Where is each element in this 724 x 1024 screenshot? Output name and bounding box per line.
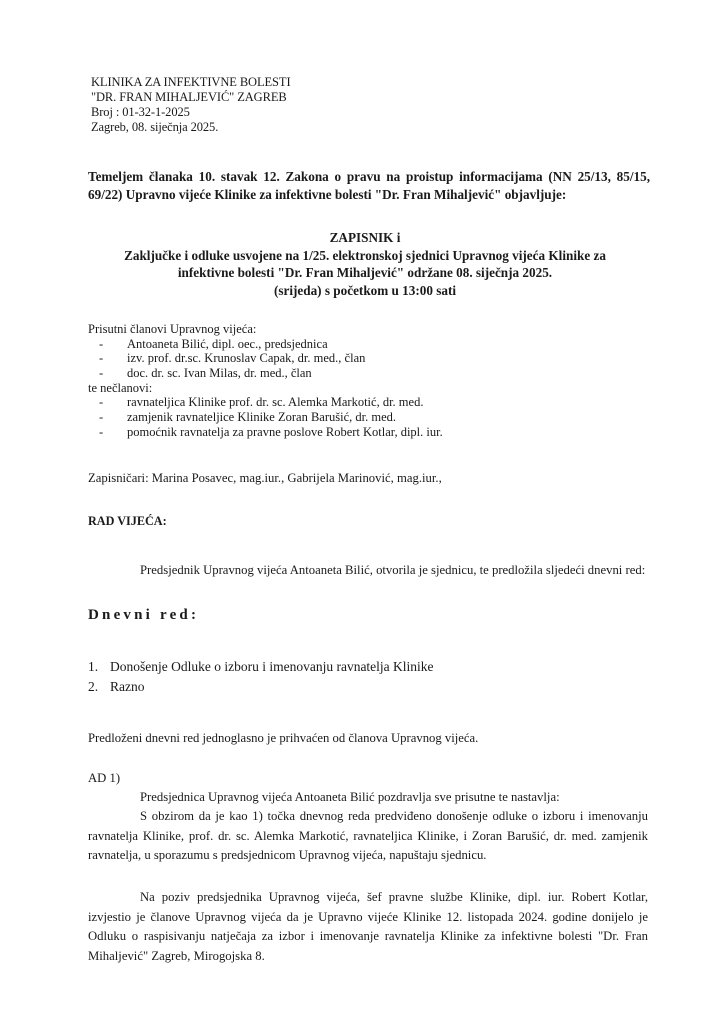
agenda-list: 1.Donošenje Odluke o izboru i imenovanju… [88,657,434,697]
agenda-accepted-note: Predloženi dnevni red jednoglasno je pri… [88,729,478,748]
bullet-dash: - [99,337,127,352]
bullet-dash: - [99,395,127,410]
agenda-item: 1.Donošenje Odluke o izboru i imenovanju… [88,657,434,677]
attendance-section: Prisutni članovi Upravnog vijeća: -Antoa… [88,322,443,440]
intro-paragraph: Temeljem članaka 10. stavak 12. Zakona o… [88,168,650,204]
institution-subtitle: "DR. FRAN MIHALJEVIĆ" ZAGREB [91,90,291,105]
recorders-line: Zapisničari: Marina Posavec, mag.iur., G… [88,469,442,488]
nonmembers-label: te nečlanovi: [88,381,443,396]
nonmember-item: -ravnateljica Klinike prof. dr. sc. Alem… [88,395,443,410]
document-page: KLINIKA ZA INFEKTIVNE BOLESTI "DR. FRAN … [0,0,724,1024]
nonmember-item: -pomoćnik ravnatelja za pravne poslove R… [88,425,443,440]
document-title: ZAPISNIK i Zaključke i odluke usvojene n… [85,229,645,299]
council-work-heading: RAD VIJEĆA: [88,512,167,531]
ad1-paragraph-2: S obzirom da je kao 1) točka dnevnog red… [88,807,648,866]
institution-name: KLINIKA ZA INFEKTIVNE BOLESTI [91,75,291,90]
members-label: Prisutni članovi Upravnog vijeća: [88,322,443,337]
ad1-paragraph-3: Na poziv predsjednika Upravnog vijeća, š… [88,888,648,966]
agenda-heading: Dnevni red: [88,607,199,624]
bullet-dash: - [99,351,127,366]
bullet-dash: - [99,425,127,440]
nonmember-item: -zamjenik ravnateljice Klinike Zoran Bar… [88,410,443,425]
ad1-paragraph-1: Predsjednica Upravnog vijeća Antoaneta B… [88,788,648,808]
document-header: KLINIKA ZA INFEKTIVNE BOLESTI "DR. FRAN … [91,75,291,135]
member-item: -doc. dr. sc. Ivan Milas, dr. med., član [88,366,443,381]
opening-paragraph: Predsjednik Upravnog vijeća Antoaneta Bi… [88,561,648,580]
title-line-4: (srijeda) s početkom u 13:00 sati [85,282,645,300]
title-line-2: Zaključke i odluke usvojene na 1/25. ele… [85,247,645,265]
title-line-1: ZAPISNIK i [85,229,645,247]
bullet-dash: - [99,410,127,425]
ad1-heading: AD 1) [88,769,120,788]
member-item: -Antoaneta Bilić, dipl. oec., predsjedni… [88,337,443,352]
member-item: -izv. prof. dr.sc. Krunoslav Capak, dr. … [88,351,443,366]
agenda-item: 2.Razno [88,677,434,697]
title-line-3: infektivne bolesti "Dr. Fran Mihaljević"… [85,264,645,282]
place-date: Zagreb, 08. siječnja 2025. [91,120,291,135]
bullet-dash: - [99,366,127,381]
reference-number: Broj : 01-32-1-2025 [91,105,291,120]
